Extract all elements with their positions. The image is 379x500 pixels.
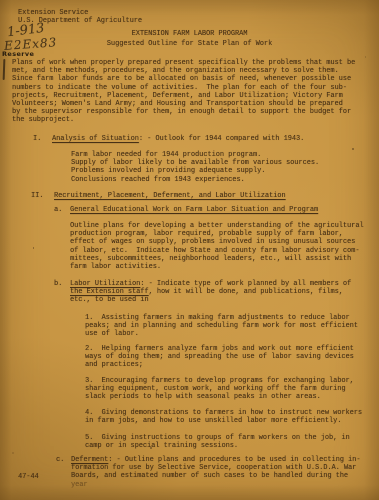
intro-paragraph: Plans of work when properly prepared pre… [12, 59, 355, 125]
sub-b-line3: etc., to be used in [70, 296, 351, 304]
sub-a-heading: a.General Educational Work on Farm Labor… [54, 206, 318, 214]
sub-b-line2-underlined: the Extension staff [70, 288, 149, 296]
sub-a-label: a. [54, 206, 70, 214]
paper-speck [300, 212, 301, 213]
reserve-stamp: Reserve [2, 50, 34, 58]
pencil-margin-mark [3, 59, 6, 80]
paper-speck [12, 452, 14, 454]
sub-c-label: c. [56, 456, 64, 464]
document-number: 47-44 [18, 473, 39, 481]
section-i-items: Farm labor needed for 1944 production pr… [71, 151, 319, 184]
sub-b-item-1: 1. Assisting farmers in making farm adju… [85, 314, 358, 339]
sub-c-body: formation for use by Selective Service, … [71, 464, 356, 480]
section-i-heading-rest: : - Outlook for 1944 compared with 1943. [139, 135, 304, 143]
section-ii-heading: II.Recruitment, Placement, Deferment, an… [31, 192, 286, 200]
sub-c-line1: Deferment: - Outline plans and procedure… [71, 456, 360, 464]
paper-speck [352, 148, 354, 150]
section-ii-numeral: II. [31, 192, 54, 200]
sub-b-item-2: 2. Helping farmers analyze farm jobs and… [85, 345, 354, 370]
sub-b-item-5: 5. Giving instructions to groups of farm… [85, 434, 350, 450]
agency-line1: Extension Service [18, 9, 88, 17]
sub-b-label: b. [54, 280, 62, 288]
sub-a-body: Outline plans for developing a better un… [70, 222, 364, 271]
paper-speck [365, 56, 366, 58]
paper-speck [150, 447, 152, 449]
paper-speck [33, 247, 34, 249]
document-subtitle: Suggested Outline for State Plan of Work [0, 40, 379, 48]
sub-c-last-line: year [71, 481, 88, 489]
sub-c-line1-rest: : - Outline plans and procedures to be u… [108, 456, 360, 464]
document-page: Extension ServiceU.S. Department of Agri… [0, 0, 379, 500]
sub-b-line1-underlined: Labor Utilization [70, 280, 140, 288]
section-i-heading: I.Analysis of Situation: - Outlook for 1… [33, 135, 304, 143]
sub-b-line1: Labor Utilization: - Indicate type of wo… [70, 280, 351, 288]
document-title: EXTENSION FARM LABOR PROGRAM [0, 30, 379, 38]
sub-b-line2-rest: , how it will be done, and publications,… [149, 288, 343, 296]
sub-b-item-3: 3. Encouraging farmers to develop progra… [85, 377, 354, 402]
sub-b-line1-rest: : - Indicate type of work planned by all… [140, 280, 351, 288]
section-i-numeral: I. [33, 135, 52, 143]
sub-b-heading: Labor Utilization: - Indicate type of wo… [70, 280, 351, 305]
sub-c-heading-text: Deferment [71, 456, 108, 464]
sub-a-heading-text: General Educational Work on Farm Labor S… [70, 206, 318, 214]
sub-b-item-4: 4. Giving demonstrations to farmers in h… [85, 409, 362, 425]
section-ii-heading-text: Recruitment, Placement, Deferment, and L… [54, 192, 286, 200]
section-i-heading-text: Analysis of Situation [52, 135, 139, 143]
